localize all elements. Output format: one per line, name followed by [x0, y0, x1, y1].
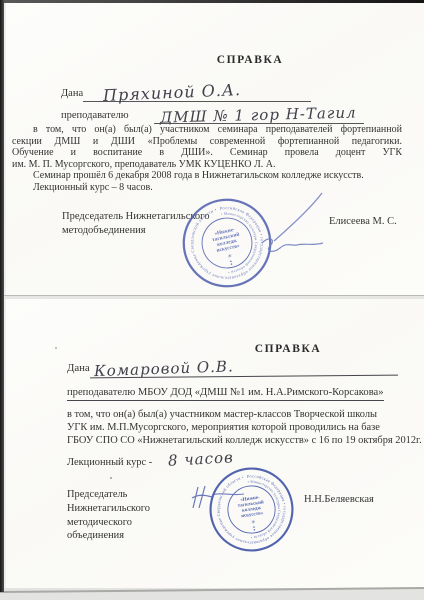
signature-1 — [242, 181, 346, 259]
certificate-2: СПРАВКА Дана Комаровой О.В. преподавател… — [4, 299, 424, 588]
given-field-1: Пряхиной О.А. — [83, 83, 311, 102]
given-label-1: Дана — [61, 88, 83, 99]
course-row-2: Лекционный курс - 8 часов — [67, 451, 234, 470]
body-line: в том, что он(а) был(а) участником семин… — [12, 124, 402, 136]
certificate-1-title: СПРАВКА — [4, 54, 424, 66]
chair-line: объединения — [67, 529, 150, 543]
scan-speck — [110, 477, 112, 479]
certificate-1: СПРАВКА Дана Пряхиной О.А. преподавателю… — [4, 3, 424, 296]
chair-title-2: Председатель Нижнетагильского методическ… — [67, 488, 150, 543]
certificate-2-body: в том, что он(а) был(а) участником масте… — [67, 408, 419, 448]
given-value-handwriting-1: Пряхиной О.А. — [103, 80, 242, 105]
chair-line: Председатель — [67, 488, 150, 502]
given-value-handwriting-2: Комаровой О.В. — [94, 357, 234, 380]
body-line: секции ДМШ и ДШИ «Проблемы современной ф… — [12, 136, 402, 148]
course-value-handwriting-2: 8 часов — [168, 448, 235, 469]
chair-line: методического — [67, 516, 150, 530]
course-label-2: Лекционный курс - — [67, 457, 152, 468]
stamp-star: ✳ — [227, 253, 232, 260]
body-line: им. М. П. Мусоргского, преподаватель УМК… — [12, 159, 402, 171]
certificate-2-title: СПРАВКА — [4, 343, 424, 355]
body-line: Обучение и воспитание в ДШИ». Семинар пр… — [12, 147, 402, 159]
stamp-star: ✳ — [251, 519, 256, 526]
teacher-label-1: преподавателю — [61, 110, 129, 121]
scanned-page: { "colors": { "stamp_blue": "#4a5aac", "… — [0, 0, 424, 600]
chair-line: Нижнетагильского — [67, 502, 150, 516]
scan-edge-left — [0, 0, 4, 592]
teacher-line-2: преподавателю МБОУ ДОД «ДМШ №1 им. Н.А.Р… — [67, 387, 384, 401]
body-line: в том, что он(а) был(а) участником масте… — [67, 408, 419, 421]
body-line: ГБОУ СПО СО «Нижнетагильский колледж иск… — [67, 434, 419, 447]
given-field-2: Комаровой О.В. — [90, 356, 398, 379]
body-line: УГК им. М.П.Мусоргского, мероприятия кот… — [67, 421, 419, 434]
teacher-field-1: ДМШ № 1 гор Н-Тагил — [154, 105, 364, 124]
signer-name-2: Н.Н.Беляевская — [304, 494, 374, 505]
body-line: Семинар прошёл 6 декабря 2008 года в Ниж… — [12, 170, 402, 182]
given-label-2: Дана — [67, 362, 90, 374]
signature-2 — [186, 481, 248, 517]
scan-speck — [55, 347, 57, 349]
